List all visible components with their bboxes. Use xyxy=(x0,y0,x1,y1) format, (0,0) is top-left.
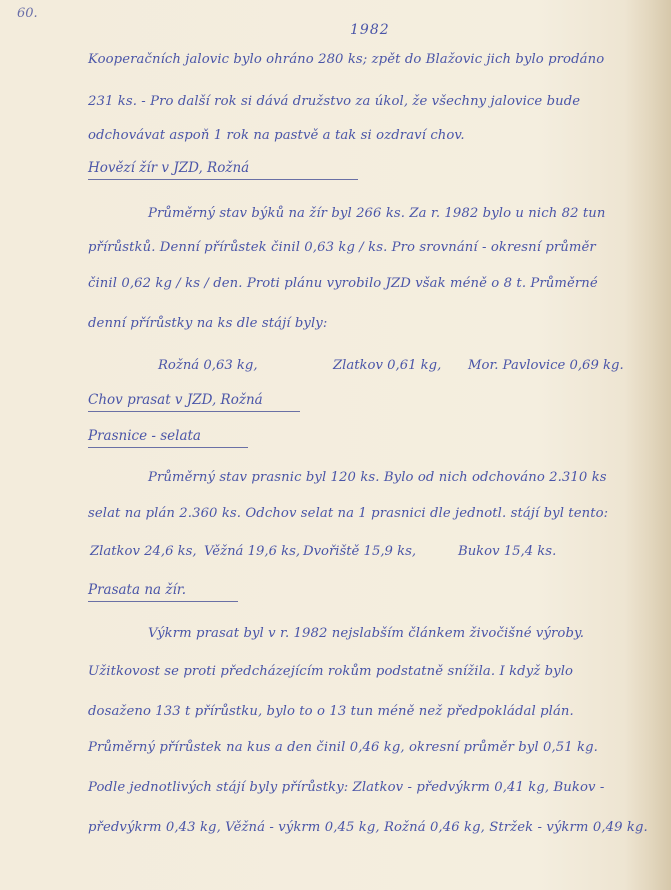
text-line: Průměrný stav býků na žír byl 266 ks. Za… xyxy=(148,206,605,221)
text-line: Užitkovost se proti předcházejícím rokům… xyxy=(88,664,573,679)
text-line: dosaženo 133 t přírůstku, bylo to o 13 t… xyxy=(88,704,574,719)
piglets-bukov: Bukov 15,4 ks. xyxy=(458,544,556,559)
text-line: 231 ks. - Pro další rok si dává družstvo… xyxy=(88,94,580,109)
piglets-vezna: Věžná 19,6 ks, xyxy=(204,544,300,559)
page-year: 1982 xyxy=(350,22,390,38)
text-line: Kooperačních jalovic bylo ohráno 280 ks;… xyxy=(88,52,604,67)
text-line: selat na plán 2.360 ks. Odchov selat na … xyxy=(88,506,608,521)
piglets-zlatkov: Zlatkov 24,6 ks, xyxy=(90,544,197,559)
stable-gain-zlatkov: Zlatkov 0,61 kg, xyxy=(333,358,441,373)
page-number: 60. xyxy=(17,6,38,21)
stable-gain-rozna: Rožná 0,63 kg, xyxy=(158,358,258,373)
subheading-sows-piglets: Prasnice - selata xyxy=(88,428,248,448)
text-line: Průměrný stav prasnic byl 120 ks. Bylo o… xyxy=(148,470,607,485)
text-line: přírůstků. Denní přírůstek činil 0,63 kg… xyxy=(88,240,596,255)
text-line: činil 0,62 kg / ks / den. Proti plánu vy… xyxy=(88,276,598,291)
text-line: Průměrný přírůstek na kus a den činil 0,… xyxy=(88,740,598,755)
text-line: předvýkrm 0,43 kg, Věžná - výkrm 0,45 kg… xyxy=(88,820,648,835)
stable-gain-pavlovice: Mor. Pavlovice 0,69 kg. xyxy=(468,358,624,373)
text-line: odchovávat aspoň 1 rok na pastvě a tak s… xyxy=(88,128,465,143)
section-heading-cattle: Hovězí žír v JZD, Rožná xyxy=(88,160,358,180)
chronicle-page: 60. 1982 Kooperačních jalovic bylo ohrán… xyxy=(0,0,671,890)
piglets-dvoriste: Dvořiště 15,9 ks, xyxy=(303,544,416,559)
section-heading-fattening: Prasata na žír. xyxy=(88,582,238,602)
text-line: Výkrm prasat byl v r. 1982 nejslabším čl… xyxy=(148,626,584,641)
text-line: Podle jednotlivých stájí byly přírůstky:… xyxy=(88,780,604,795)
section-heading-pigs: Chov prasat v JZD, Rožná xyxy=(88,392,300,412)
text-line: denní přírůstky na ks dle stájí byly: xyxy=(88,316,327,331)
